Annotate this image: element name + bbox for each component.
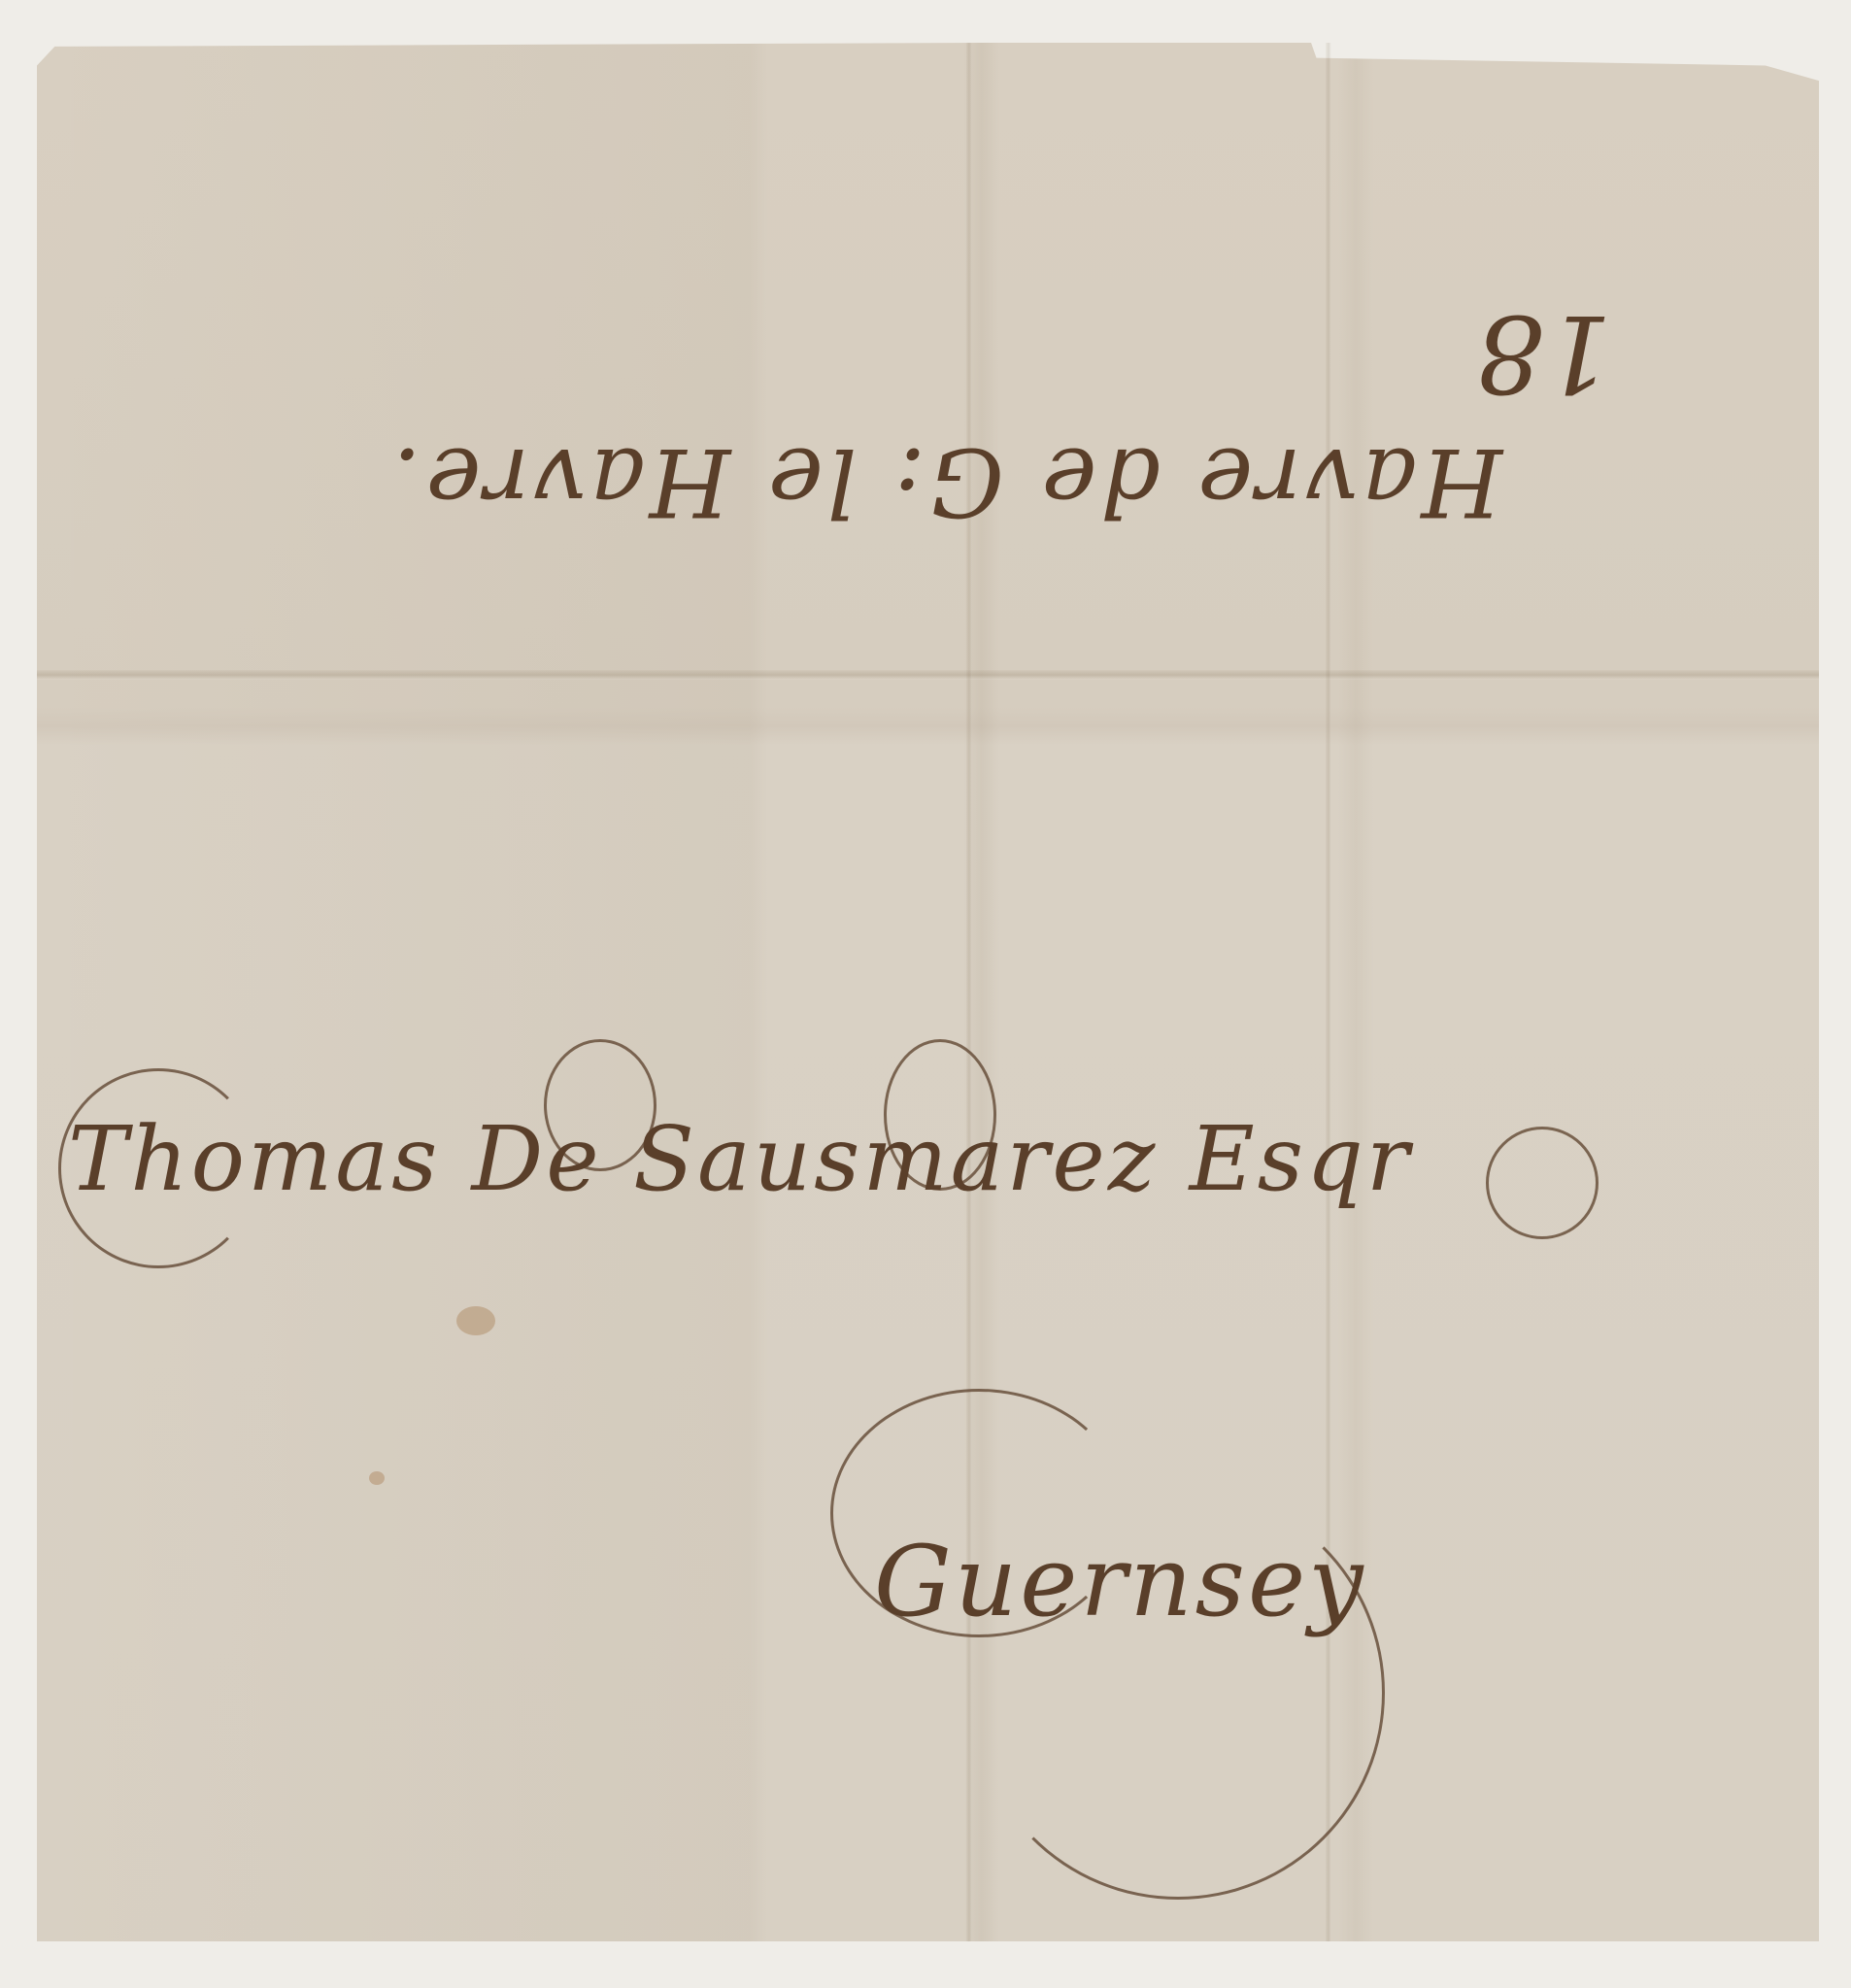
ink-stain bbox=[369, 1471, 385, 1485]
rate-mark: 18 bbox=[1476, 291, 1612, 416]
vertical-fold-crease bbox=[966, 43, 972, 1941]
addressee-name: Thomas De Sausmarez Esqr bbox=[68, 1107, 1412, 1211]
horizontal-fold-crease bbox=[37, 670, 1819, 680]
destination-name: Guernsey bbox=[874, 1525, 1366, 1638]
docket-note-upside-down: Havre de G: le Havre. bbox=[388, 427, 1502, 536]
flourish-qr bbox=[1486, 1127, 1599, 1239]
ink-stain bbox=[456, 1306, 495, 1335]
